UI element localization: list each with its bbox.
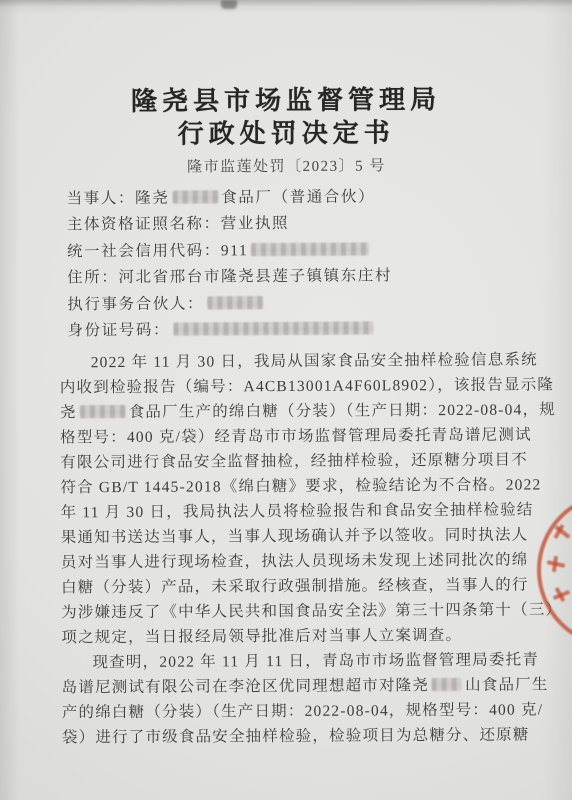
document-number: 隆市监莲处罚〔2023〕5 号 [58, 154, 514, 178]
redaction-blur [173, 322, 373, 336]
text-line: 身份证号码： [67, 316, 515, 345]
text-line: 格型号：400 克/袋）经青岛市市场监督管理局委托青岛谱尼测试 [60, 423, 516, 451]
redaction-blur [432, 678, 462, 691]
redaction-blur [172, 190, 218, 203]
text-line: 年 11 月 30 日，我局执法人员将检验报告和食品安全抽样检验结 [61, 498, 517, 526]
document-title-line2: 行政处罚决定书 [58, 116, 514, 152]
text-line: 岛谱尼测试有限公司在李沧区优同理想超市对隆尧山食品厂生 [62, 673, 518, 701]
text-line: 住所：河北省邢台市隆尧县莲子镇镇东庄村 [67, 263, 515, 292]
text-line: 果通知书送达当事人，当事人现场确认并予以签收。同时执法人 [61, 523, 517, 551]
text-line: 执行事务合伙人： [67, 289, 515, 318]
text-line: 有限公司进行食品安全监督抽检，经抽样检验，还原糖分项目不 [60, 448, 516, 476]
redaction-blur [80, 405, 126, 418]
text-line: 内收到检验报告（编号：A4CB13001A4F60L8902），该报告显示隆 [60, 373, 516, 401]
text-line: 产的绵白糖（分装）（生产日期：2022-08-04，规格型号：400 克/ [62, 698, 518, 726]
text-line: 现查明，2022 年 11 月 11 日，青岛市市场监督管理局委托青 [61, 648, 517, 676]
text-line: 符合 GB/T 1445-2018《绵白糖》要求，检验结论为不合格。2022 [60, 473, 516, 501]
redaction-blur [251, 242, 369, 256]
document-photo: 隆尧县市场监督管理局 行政处罚决定书 隆市监莲处罚〔2023〕5 号 当事人：隆… [0, 0, 572, 800]
penalty-decision-document: 隆尧县市场监督管理局 行政处罚决定书 隆市监莲处罚〔2023〕5 号 当事人：隆… [58, 83, 518, 751]
text-line: 袋）进行了市级食品安全抽样检验，检验项目为总糖分、还原糖 [62, 723, 518, 751]
text-line: 项之规定，当日报经局领导批准后对当事人立案调查。 [61, 623, 517, 651]
document-body: 2022 年 11 月 30 日，我局从国家食品安全抽样检验信息系统内收到检验报… [60, 348, 518, 751]
official-seal-partial [537, 492, 572, 648]
text-line: 统一社会信用代码：911 [67, 236, 515, 265]
text-line: 为涉嫌违反了《中华人民共和国食品安全法》第三十四条第十（三） [61, 598, 517, 626]
redaction-blur [207, 296, 263, 309]
text-line: 员对当事人进行现场检查，执法人员现场未发现上述同批次的绵 [61, 548, 517, 576]
binder-mark [221, 0, 237, 9]
text-line: 白糖（分装）产品，未采取行政强制措施。经核查，当事人的行 [61, 573, 517, 601]
document-title-line1: 隆尧县市场监督管理局 [58, 83, 514, 119]
text-line: 尧食品厂生产的绵白糖（分装）（生产日期：2022-08-04，规 [60, 398, 516, 426]
text-line: 主体资格证照名称：营业执照 [67, 210, 515, 239]
party-info-section: 当事人：隆尧食品厂（普通合伙）主体资格证照名称：营业执照统一社会信用代码：911… [59, 184, 516, 345]
text-line: 2022 年 11 月 30 日，我局从国家食品安全抽样检验信息系统 [60, 348, 516, 376]
text-line: 当事人：隆尧食品厂（普通合伙） [67, 184, 515, 213]
